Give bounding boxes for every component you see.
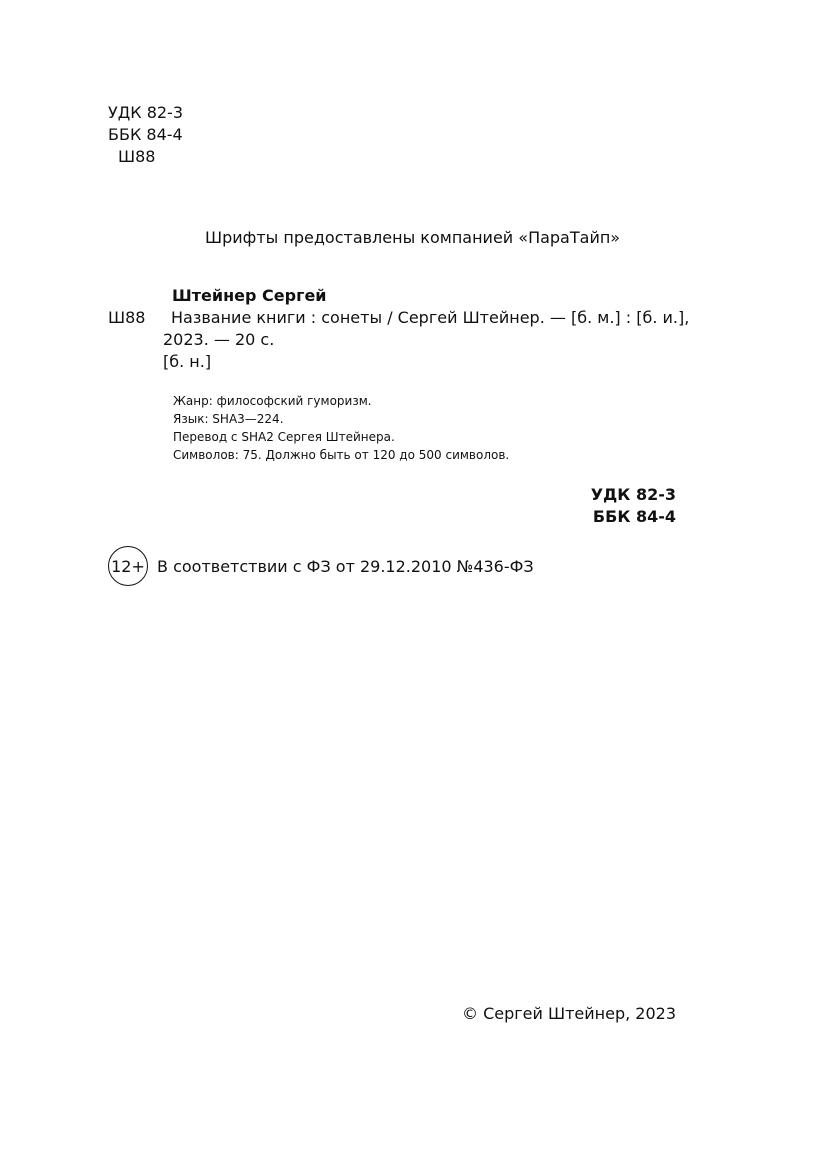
bbk-code-bold: ББК 84-4	[591, 506, 676, 528]
classification-codes-bottom: УДК 82-3 ББК 84-4	[591, 484, 676, 528]
isbn-placeholder: [б. н.]	[163, 351, 211, 373]
copyright-notice: © Сергей Штейнер, 2023	[462, 1003, 676, 1025]
udk-code-bold: УДК 82-3	[591, 484, 676, 506]
annotation-char-count: Символов: 75. Должно быть от 120 до 500 …	[173, 446, 509, 464]
author-heading: Штейнер Сергей	[172, 285, 327, 307]
bbk-code: ББК 84-4	[108, 124, 183, 146]
fonts-credit-note: Шрифты предоставлены компанией «ПараТайп…	[205, 227, 620, 249]
classification-codes-top: УДК 82-3 ББК 84-4 Ш88	[108, 102, 183, 168]
annotation: Жанр: философский гуморизм. Язык: SHA3—2…	[173, 392, 509, 464]
annotation-genre: Жанр: философский гуморизм.	[173, 392, 509, 410]
author-sign: Ш88	[108, 146, 183, 168]
age-rating-badge: 12+	[108, 546, 148, 586]
age-rating-row: 12+ В соответствии с ФЗ от 29.12.2010 №4…	[108, 546, 534, 586]
author-sign-left: Ш88	[108, 307, 145, 329]
annotation-language: Язык: SHA3—224.	[173, 410, 509, 428]
udk-code: УДК 82-3	[108, 102, 183, 124]
age-rating-law-text: В соответствии с ФЗ от 29.12.2010 №436-Ф…	[157, 557, 534, 576]
year-pages: 2023. — 20 с.	[163, 329, 274, 351]
title-statement: Название книги : сонеты / Сергей Штейнер…	[171, 307, 689, 329]
annotation-translation: Перевод с SHA2 Сергея Штейнера.	[173, 428, 509, 446]
